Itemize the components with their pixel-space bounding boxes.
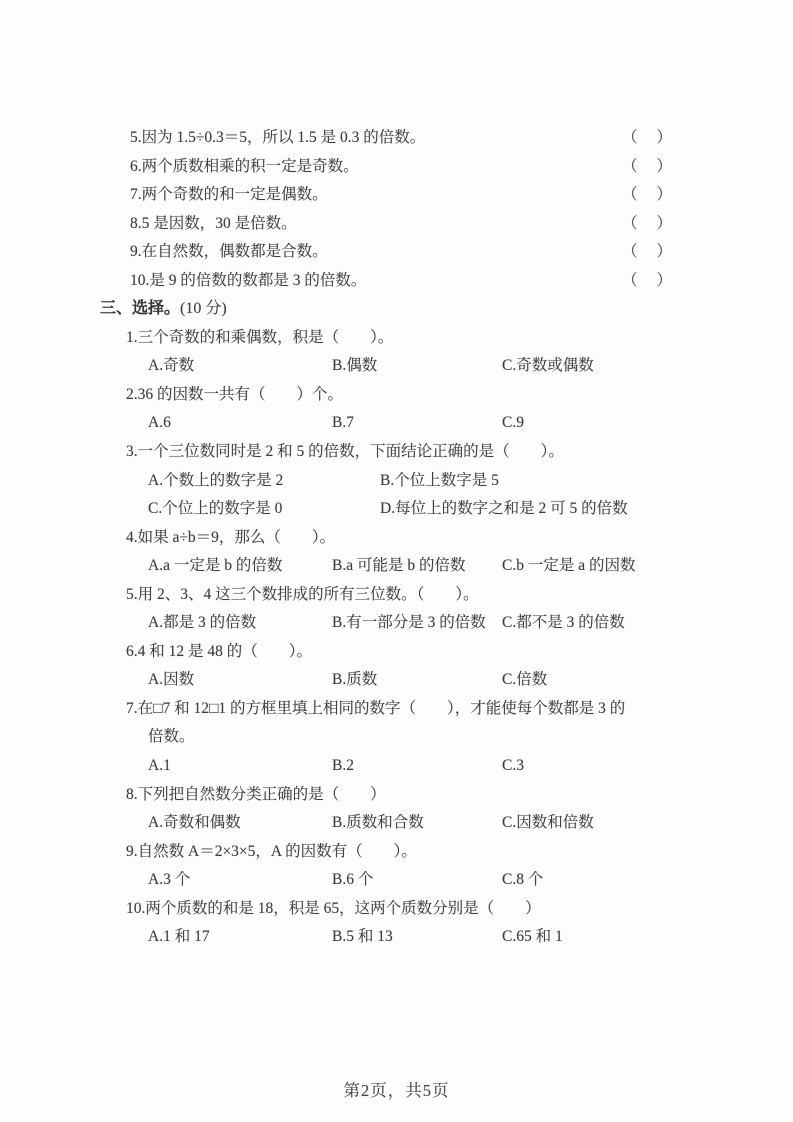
- mc-option: D.每位上的数字之和是 2 可 5 的倍数: [380, 495, 672, 524]
- answer-brackets: （）: [622, 124, 672, 153]
- mc-options-5: A.都是 3 的倍数 B.有一部分是 3 的倍数 C.都不是 3 的倍数: [100, 609, 672, 638]
- mc-option: B.有一部分是 3 的倍数: [332, 609, 502, 638]
- bracket-open: （: [622, 124, 638, 153]
- mc-option: B.质数和合数: [332, 809, 502, 838]
- mc-question-2: 2.36 的因数一共有（ ）个。: [100, 381, 672, 410]
- worksheet-page: 5.因为 1.5÷0.3＝5，所以 1.5 是 0.3 的倍数。 （） 6.两个…: [0, 0, 793, 1122]
- tf-question-6: 6.两个质数相乘的积一定是奇数。: [100, 153, 359, 182]
- mc-option: A.6: [148, 409, 332, 438]
- bracket-close: ）: [656, 124, 672, 153]
- tf-question-10: 10.是 9 的倍数的数都是 3 的倍数。: [100, 267, 366, 296]
- mc-option: B.a 可能是 b 的倍数: [332, 552, 502, 581]
- mc-question-7-cont: 倍数。: [100, 723, 672, 752]
- bracket-open: （: [622, 210, 638, 239]
- section-heading: 三、选择。(10 分): [100, 295, 672, 324]
- mc-option: C.个位上的数字是 0: [148, 495, 380, 524]
- mc-option: C.倍数: [502, 666, 672, 695]
- mc-option: A.奇数和偶数: [148, 809, 332, 838]
- mc-options-3-row1: A.个数上的数字是 2 B.个位上数字是 5: [100, 467, 672, 496]
- mc-option: A.3 个: [148, 866, 332, 895]
- mc-option: C.9: [502, 409, 672, 438]
- mc-question-5: 5.用 2、3、4 这三个数排成的所有三位数。（ ）。: [100, 581, 672, 610]
- answer-brackets: （）: [622, 267, 672, 296]
- answer-brackets: （）: [622, 181, 672, 210]
- mc-option: A.个数上的数字是 2: [148, 467, 380, 496]
- tf-row-9: 9.在自然数，偶数都是合数。 （）: [100, 238, 672, 267]
- mc-option: A.因数: [148, 666, 332, 695]
- mc-option: A.奇数: [148, 352, 332, 381]
- mc-question-1: 1.三个奇数的和乘偶数，积是（ ）。: [100, 324, 672, 353]
- answer-brackets: （）: [622, 153, 672, 182]
- tf-question-8: 8.5 是因数，30 是倍数。: [100, 210, 297, 239]
- mc-question-3: 3.一个三位数同时是 2 和 5 的倍数，下面结论正确的是（ ）。: [100, 438, 672, 467]
- tf-row-8: 8.5 是因数，30 是倍数。 （）: [100, 210, 672, 239]
- section-heading-title: 三、选择。: [100, 300, 180, 317]
- mc-question-4: 4.如果 a÷b＝9，那么（ ）。: [100, 524, 672, 553]
- mc-option: C.都不是 3 的倍数: [502, 609, 672, 638]
- tf-question-7: 7.两个奇数的和一定是偶数。: [100, 181, 328, 210]
- section-heading-score: (10 分): [180, 300, 227, 317]
- tf-row-10: 10.是 9 的倍数的数都是 3 的倍数。 （）: [100, 267, 672, 296]
- mc-option: C.奇数或偶数: [502, 352, 672, 381]
- mc-option: B.2: [332, 752, 502, 781]
- mc-options-8: A.奇数和偶数 B.质数和合数 C.因数和倍数: [100, 809, 672, 838]
- tf-row-5: 5.因为 1.5÷0.3＝5，所以 1.5 是 0.3 的倍数。 （）: [100, 124, 672, 153]
- mc-option: A.1 和 17: [148, 923, 332, 952]
- mc-options-1: A.奇数 B.偶数 C.奇数或偶数: [100, 352, 672, 381]
- mc-option: B.偶数: [332, 352, 502, 381]
- mc-option: B.6 个: [332, 866, 502, 895]
- mc-options-9: A.3 个 B.6 个 C.8 个: [100, 866, 672, 895]
- bracket-close: ）: [656, 153, 672, 182]
- tf-question-5: 5.因为 1.5÷0.3＝5，所以 1.5 是 0.3 的倍数。: [100, 124, 425, 153]
- mc-options-7: A.1 B.2 C.3: [100, 752, 672, 781]
- mc-options-6: A.因数 B.质数 C.倍数: [100, 666, 672, 695]
- tf-row-7: 7.两个奇数的和一定是偶数。 （）: [100, 181, 672, 210]
- answer-brackets: （）: [622, 210, 672, 239]
- tf-question-9: 9.在自然数，偶数都是合数。: [100, 238, 328, 267]
- mc-option: C.3: [502, 752, 672, 781]
- mc-option: A.a 一定是 b 的倍数: [148, 552, 332, 581]
- mc-option: C.8 个: [502, 866, 672, 895]
- mc-question-6: 6.4 和 12 是 48 的（ ）。: [100, 638, 672, 667]
- mc-options-4: A.a 一定是 b 的倍数 B.a 可能是 b 的倍数 C.b 一定是 a 的因…: [100, 552, 672, 581]
- mc-options-10: A.1 和 17 B.5 和 13 C.65 和 1: [100, 923, 672, 952]
- bracket-open: （: [622, 267, 638, 296]
- bracket-close: ）: [656, 238, 672, 267]
- mc-option: B.5 和 13: [332, 923, 502, 952]
- mc-option: B.7: [332, 409, 502, 438]
- bracket-close: ）: [656, 210, 672, 239]
- bracket-open: （: [622, 181, 638, 210]
- mc-option: C.因数和倍数: [502, 809, 672, 838]
- mc-question-9: 9.自然数 A＝2×3×5，A 的因数有（ ）。: [100, 838, 672, 867]
- mc-option: A.1: [148, 752, 332, 781]
- bracket-close: ）: [656, 181, 672, 210]
- mc-question-10: 10.两个质数的和是 18，积是 65，这两个质数分别是（ ）: [100, 895, 672, 924]
- page-content: 5.因为 1.5÷0.3＝5，所以 1.5 是 0.3 的倍数。 （） 6.两个…: [100, 124, 672, 952]
- mc-option: A.都是 3 的倍数: [148, 609, 332, 638]
- mc-question-7: 7.在□7 和 12□1 的方框里填上相同的数字（ ），才能使每个数都是 3 的: [100, 695, 672, 724]
- mc-option: C.65 和 1: [502, 923, 672, 952]
- mc-options-3-row2: C.个位上的数字是 0 D.每位上的数字之和是 2 可 5 的倍数: [100, 495, 672, 524]
- mc-option: B.个位上数字是 5: [380, 467, 672, 496]
- bracket-open: （: [622, 153, 638, 182]
- page-footer: 第2页，共5页: [0, 1077, 793, 1101]
- tf-row-6: 6.两个质数相乘的积一定是奇数。 （）: [100, 153, 672, 182]
- mc-option: B.质数: [332, 666, 502, 695]
- bracket-open: （: [622, 238, 638, 267]
- mc-option: C.b 一定是 a 的因数: [502, 552, 672, 581]
- bracket-close: ）: [656, 267, 672, 296]
- mc-question-8: 8.下列把自然数分类正确的是（ ）: [100, 781, 672, 810]
- mc-options-2: A.6 B.7 C.9: [100, 409, 672, 438]
- answer-brackets: （）: [622, 238, 672, 267]
